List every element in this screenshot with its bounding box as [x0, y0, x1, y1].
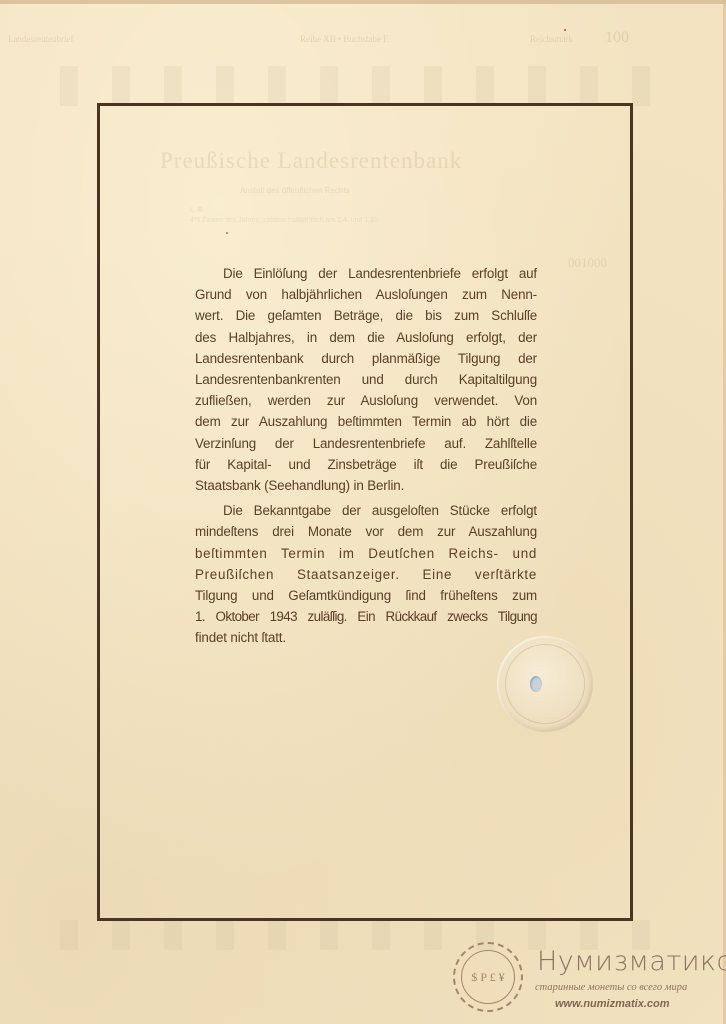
text-line: Verzinſung der Landesrentenbriefe auf. Z…	[195, 433, 537, 454]
ink-speck	[564, 29, 566, 31]
text-line: dem zur Auszahlung beſtimmten Termin ab …	[195, 411, 537, 432]
text-line: wert. Die geſamten Beträge, die bis zum …	[195, 305, 537, 326]
text-line: Staatsbank (Seehandlung) in Berlin.	[195, 475, 537, 496]
text-line: Preußiſchen Staatsanzeiger. Eine verſtär…	[195, 564, 537, 585]
punch-hole-cancellation	[530, 676, 542, 692]
watermark-subtitle: старинные монеты со всего мира	[535, 982, 687, 993]
seal-ring	[505, 644, 585, 724]
text-line: Die Einlöſung der Landesrentenbriefe erf…	[195, 263, 537, 284]
text-line: findet nicht ſtatt.	[195, 627, 537, 648]
document-body-text: Die Einlöſung der Landesrentenbriefe erf…	[195, 263, 537, 649]
bleed-header-value: 100	[605, 29, 629, 47]
text-line: Die Bekanntgabe der ausgeloſten Stücke e…	[195, 500, 537, 521]
text-line: 1. Oktober 1943 zuläſſig. Ein Rückkauf z…	[195, 606, 537, 627]
coin-logo-icon: $ P £ ¥	[453, 942, 523, 1012]
bleed-header-left: Landesrentenbrief	[8, 34, 73, 44]
bleed-header-center: Reihe XII • Buchstabe E	[300, 34, 389, 44]
text-line: mindeſtens drei Monate vor dem zur Ausza…	[195, 521, 537, 542]
text-line: des Halbjahres, in dem die Ausloſung erf…	[195, 327, 537, 348]
paper-top-edge	[0, 0, 726, 4]
text-line: zufließen, werden zur Ausloſung verwende…	[195, 390, 537, 411]
text-line: für Kapital- und Zinsbeträge iſt die Pre…	[195, 454, 537, 475]
bleed-through-border-top	[60, 66, 666, 106]
text-line: Tilgung und Geſamtkündigung ſind früheſt…	[195, 585, 537, 606]
text-line: beſtimmten Termin im Deutſchen Reichs- u…	[195, 543, 537, 564]
watermark-logo: $ P £ ¥ Нумизматикс старинные монеты со …	[451, 942, 726, 1024]
paragraph-announcement: Die Bekanntgabe der ausgeloſten Stücke e…	[195, 500, 537, 648]
bleed-header-unit: Reichsmark	[530, 34, 573, 44]
ink-speck	[226, 232, 228, 234]
paragraph-redemption: Die Einlöſung der Landesrentenbriefe erf…	[195, 263, 537, 496]
watermark-title: Нумизматикс	[537, 946, 726, 977]
text-line: Grund von halbjährlichen Ausloſungen zum…	[195, 284, 537, 305]
watermark-url: www.numizmatix.com	[555, 998, 670, 1010]
embossed-seal	[497, 636, 593, 732]
text-line: Landesrentenbankrenten und durch Kapital…	[195, 369, 537, 390]
text-line: Landesrentenbank durch planmäßige Tilgun…	[195, 348, 537, 369]
